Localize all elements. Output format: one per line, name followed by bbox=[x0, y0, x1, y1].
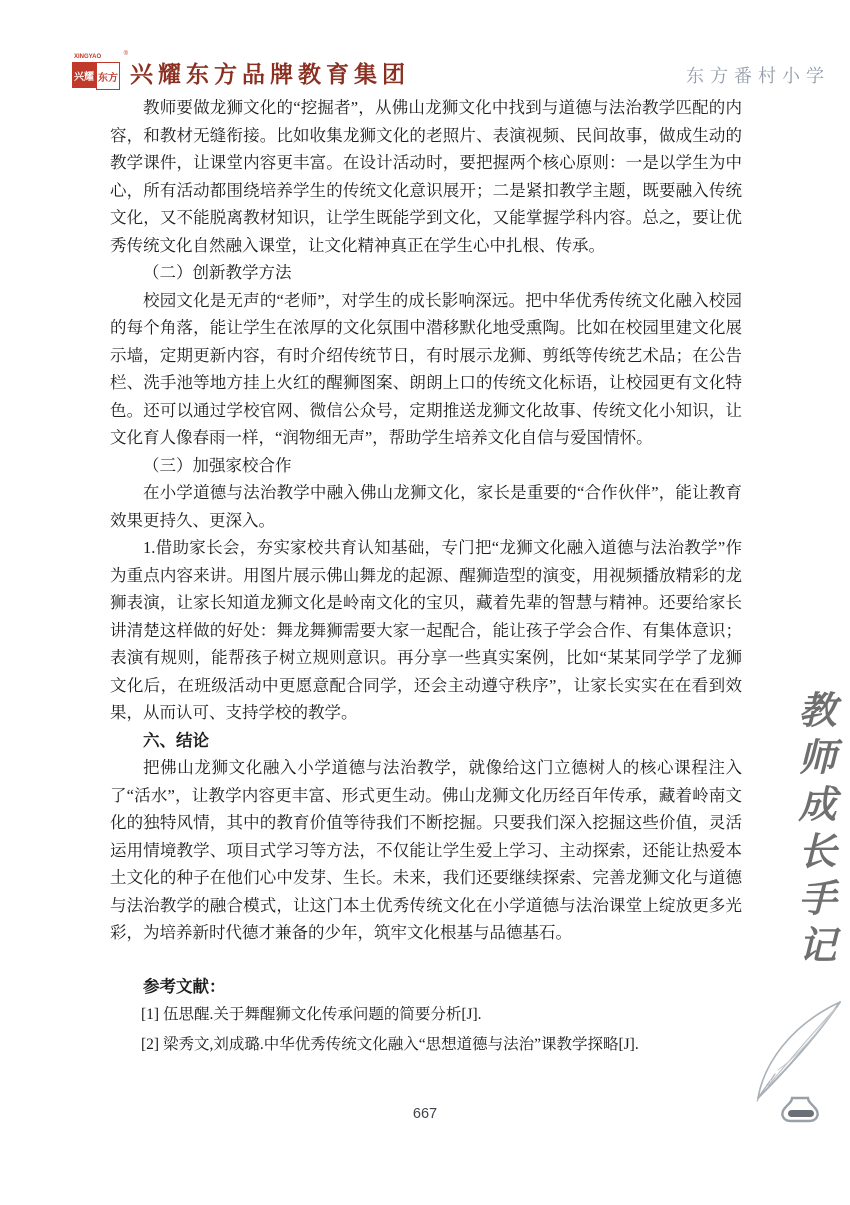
side-calligraphy-text: 教师成长手记 bbox=[787, 690, 842, 975]
registered-mark: ® bbox=[124, 51, 128, 57]
paragraph-parents-partner: 在小学道德与法治教学中融入佛山龙狮文化，家长是重要的“合作伙伴”，能让教育效果更… bbox=[110, 479, 742, 534]
references-title: 参考文献： bbox=[110, 973, 742, 1001]
heading-conclusion: 六、结论 bbox=[110, 727, 742, 755]
subheading-innovate-methods: （二）创新教学方法 bbox=[110, 259, 742, 287]
seal-small-text: XINGYAO bbox=[74, 54, 101, 60]
page-number: 667 bbox=[0, 1106, 850, 1122]
seal-right-characters: 东方 bbox=[96, 62, 120, 90]
paragraph-campus-culture: 校园文化是无声的“老师”，对学生的成长影响深远。把中华优秀传统文化融入校园的每个… bbox=[110, 287, 742, 452]
brand-seal-icon: XINGYAO ® 兴耀 东方 bbox=[72, 54, 124, 90]
subheading-home-school-cooperation: （三）加强家校合作 bbox=[110, 452, 742, 480]
reference-item-1: [1] 伍思醒.关于舞醒狮文化传承问题的简要分析[J]. bbox=[110, 1000, 742, 1030]
company-name: 兴耀东方品牌教育集团 bbox=[130, 56, 410, 89]
paragraph-parent-meeting: 1.借助家长会，夯实家校共育认知基础，专门把“龙狮文化融入道德与法治教学”作为重… bbox=[110, 534, 742, 727]
school-name: 东方番村小学 bbox=[686, 62, 830, 88]
paragraph-conclusion: 把佛山龙狮文化融入小学道德与法治教学，就像给这门立德树人的核心课程注入了“活水”… bbox=[110, 754, 742, 947]
document-body: 教师要做龙狮文化的“挖掘者”，从佛山龙狮文化中找到与道德与法治教学匹配的内容，和… bbox=[110, 94, 742, 1060]
paragraph-teacher-excavator: 教师要做龙狮文化的“挖掘者”，从佛山龙狮文化中找到与道德与法治教学匹配的内容，和… bbox=[110, 94, 742, 259]
document-page: XINGYAO ® 兴耀 东方 兴耀东方品牌教育集团 东方番村小学 教师要做龙狮… bbox=[0, 0, 850, 1205]
page-header: XINGYAO ® 兴耀 东方 兴耀东方品牌教育集团 东方番村小学 bbox=[0, 0, 850, 96]
references-section: 参考文献： [1] 伍思醒.关于舞醒狮文化传承问题的简要分析[J]. [2] 梁… bbox=[110, 973, 742, 1061]
reference-item-2: [2] 梁秀文,刘成璐.中华优秀传统文化融入“思想道德与法治”课教学探略[J]. bbox=[110, 1030, 742, 1060]
seal-left-characters: 兴耀 bbox=[72, 62, 96, 88]
seal-body: 兴耀 东方 bbox=[72, 62, 122, 88]
